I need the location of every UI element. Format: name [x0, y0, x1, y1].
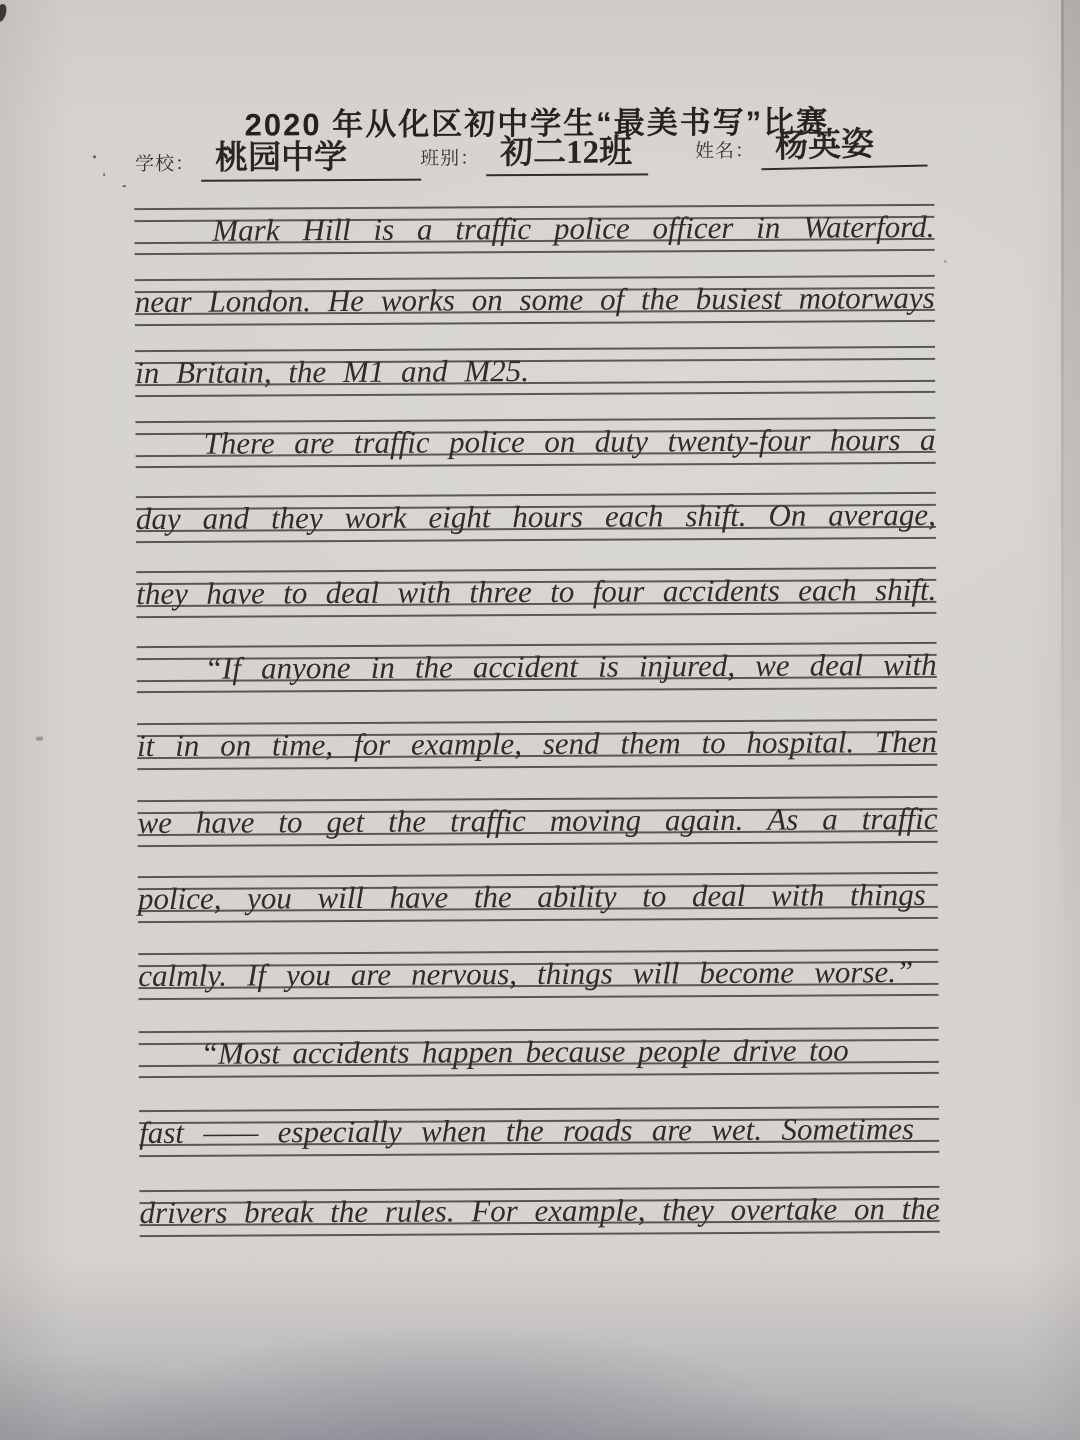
- handwritten-word: again.: [665, 795, 744, 845]
- handwritten-word: the: [388, 797, 426, 847]
- handwritten-word: with: [397, 567, 451, 617]
- handwritten-word: rules.: [385, 1186, 455, 1236]
- handwritten-word: have: [206, 568, 265, 618]
- handwritten-word: in: [371, 643, 395, 693]
- ink-speck: [36, 737, 43, 741]
- handwritten-word: For: [471, 1186, 518, 1236]
- handwritten-word: too: [809, 1025, 849, 1075]
- handwritten-word: Sometimes: [781, 1104, 914, 1155]
- handwritten-word: London.: [208, 276, 311, 327]
- ruled-row: MarkHillisatrafficpoliceofficerinWaterfo…: [134, 204, 934, 254]
- ruled-row: calmly.Ifyouarenervous,thingswillbecomew…: [138, 949, 938, 999]
- handwritten-word: Waterford.: [803, 202, 934, 253]
- school-field-label: 学校：: [135, 149, 195, 176]
- handwritten-word: police: [449, 417, 525, 467]
- handwritten-word: traffic: [354, 418, 430, 468]
- handwritten-word: on: [220, 721, 251, 771]
- handwritten-word: nervous,: [411, 949, 517, 1000]
- handwritten-word: busiest: [696, 274, 782, 324]
- handwritten-word: have: [390, 872, 449, 922]
- ink-speck: [93, 155, 96, 158]
- handwritten-word: “If: [205, 644, 241, 694]
- handwritten-line: in Britain, the M1 and M25.: [135, 344, 935, 398]
- handwritten-word: injured,: [639, 641, 735, 692]
- handwritten-word: we: [755, 641, 790, 691]
- ruled-row: itinontime,forexample,sendthemtohospital…: [137, 719, 937, 769]
- handwritten-word: moving: [550, 795, 642, 845]
- handwritten-word: accidents: [663, 566, 780, 617]
- handwritten-word: motorways: [799, 273, 935, 324]
- handwritten-line: itinontime,forexample,sendthemtohospital…: [137, 717, 937, 771]
- ruled-row: wehavetogetthetrafficmovingagain.Asatraf…: [137, 796, 937, 846]
- handwritten-word: accidents: [292, 1028, 409, 1079]
- class-field-label: 班别：: [420, 143, 480, 170]
- handwritten-word: shift.: [875, 565, 936, 615]
- handwritten-word: have: [196, 797, 255, 847]
- handwritten-word: drivers: [139, 1188, 227, 1238]
- handwritten-word: because: [525, 1027, 625, 1078]
- handwritten-word: in: [175, 721, 199, 771]
- handwritten-word: become: [699, 948, 794, 998]
- handwritten-word: the: [641, 274, 679, 324]
- handwritten-word: eight: [428, 492, 490, 542]
- handwritten-word: ability: [537, 872, 616, 922]
- handwritten-word: “Most: [201, 1028, 281, 1078]
- name-field: 姓名： 杨英姿: [695, 124, 927, 169]
- ruled-row: “Mostaccidentshappenbecausepeopledriveto…: [139, 1027, 939, 1077]
- handwritten-word: they: [271, 493, 323, 543]
- ruled-row: driversbreaktherules.Forexample,theyover…: [139, 1186, 939, 1236]
- handwritten-word: roads: [563, 1106, 633, 1156]
- handwritten-word: are: [294, 418, 334, 468]
- handwritten-word: the: [902, 1184, 940, 1234]
- handwritten-word: time,: [272, 720, 333, 770]
- handwritten-word: especially: [278, 1107, 402, 1158]
- handwritten-word: police: [554, 204, 630, 254]
- handwritten-line: “Mostaccidentshappenbecausepeopledriveto…: [139, 1025, 939, 1079]
- handwritten-word: some: [519, 275, 583, 325]
- class-field: 班别： 初二12班: [420, 131, 648, 176]
- handwritten-word: you: [286, 950, 331, 1000]
- handwritten-word: example,: [534, 1185, 645, 1236]
- handwritten-word: when: [421, 1106, 487, 1156]
- handwritten-word: Then: [875, 717, 937, 767]
- handwritten-line: nearLondon.Heworksonsomeofthebusiestmoto…: [135, 273, 935, 327]
- handwritten-word: is: [373, 205, 394, 255]
- handwritten-word: There: [203, 418, 274, 468]
- class-field-value: 初二12班: [486, 131, 648, 176]
- handwritten-line: Therearetrafficpoliceondutytwenty-fourho…: [135, 415, 935, 469]
- handwritten-word: officer: [652, 203, 733, 253]
- ruled-row: Therearetrafficpoliceondutytwenty-fourho…: [135, 417, 935, 467]
- handwritten-word: the: [330, 1187, 368, 1237]
- handwritten-word: we: [137, 798, 172, 848]
- handwritten-word: work: [344, 493, 406, 543]
- handwritten-word: and: [202, 494, 249, 544]
- handwritten-word: on: [854, 1184, 885, 1234]
- handwritten-word: in: [756, 203, 780, 253]
- handwritten-word: day: [136, 494, 181, 544]
- handwritten-word: calmly.: [138, 951, 227, 1001]
- ruled-row: dayandtheyworkeighthourseachshift.Onaver…: [136, 492, 936, 542]
- name-field-value: 杨英姿: [761, 123, 928, 171]
- handwritten-word: them: [620, 718, 681, 768]
- handwritten-word: ——: [203, 1107, 258, 1157]
- handwritten-word: the: [415, 642, 453, 692]
- handwritten-line: theyhavetodealwiththreetofouraccidentsea…: [136, 565, 936, 619]
- handwritten-word: twenty-four: [667, 416, 810, 467]
- handwritten-word: average,: [828, 490, 936, 541]
- handwritten-word: drive: [733, 1026, 797, 1076]
- handwritten-word: is: [598, 642, 619, 692]
- handwritten-word: they: [136, 569, 188, 619]
- handwritten-word: shift.: [685, 491, 746, 541]
- ruled-row: “Ifanyoneintheaccidentisinjured,wedealwi…: [137, 642, 937, 692]
- handwritten-word: to: [701, 718, 725, 768]
- school-field: 学校： 桃园中学: [135, 137, 421, 182]
- handwritten-word: with: [883, 640, 937, 690]
- handwritten-word: for: [354, 720, 390, 770]
- handwritten-word: to: [550, 567, 574, 617]
- photographed-handwriting-sheet: 2020 年从化区初中学生“最美书写”比赛 学校： 桃园中学 班别： 初二12班…: [0, 0, 1080, 1440]
- writing-area: MarkHillisatrafficpoliceofficerinWaterfo…: [0, 0, 1076, 3]
- handwritten-word: each: [798, 565, 857, 615]
- handwritten-word: things: [850, 870, 926, 920]
- handwritten-line: wehavetogetthetrafficmovingagain.Asatraf…: [137, 794, 937, 848]
- handwritten-word: are: [351, 950, 391, 1000]
- handwritten-word: are: [652, 1105, 692, 1155]
- handwritten-word: you: [247, 873, 292, 923]
- ink-speck: [944, 260, 947, 263]
- handwritten-word: four: [593, 566, 645, 616]
- handwritten-line: police,youwillhavetheabilitytodealwithth…: [138, 870, 938, 924]
- handwritten-word: each: [605, 491, 664, 541]
- handwritten-word: police,: [138, 874, 222, 924]
- handwritten-word: traffic: [455, 204, 531, 254]
- handwritten-word: traffic: [862, 794, 938, 844]
- handwritten-word: wet.: [711, 1105, 762, 1155]
- handwritten-word: to: [283, 568, 307, 618]
- handwritten-line: driversbreaktherules.Forexample,theyover…: [139, 1184, 939, 1238]
- handwritten-word: things: [537, 949, 613, 999]
- handwritten-word: on: [544, 417, 575, 467]
- handwritten-word: duty: [595, 416, 649, 466]
- handwritten-word: to: [642, 871, 666, 921]
- handwritten-word: with: [771, 871, 825, 921]
- handwritten-word: people: [638, 1026, 721, 1076]
- handwritten-line: “Ifanyoneintheaccidentisinjured,wedealwi…: [137, 640, 937, 694]
- handwritten-word: works: [381, 275, 455, 325]
- handwritten-line: calmly.Ifyouarenervous,thingswillbecomew…: [138, 947, 938, 1001]
- handwritten-word: Mark: [212, 205, 279, 255]
- ink-speck: [103, 173, 105, 176]
- paper-sheet: 2020 年从化区初中学生“最美书写”比赛 学校： 桃园中学 班别： 初二12班…: [0, 0, 1080, 1440]
- handwritten-word: it: [137, 721, 154, 771]
- handwritten-word: On: [768, 491, 806, 541]
- handwritten-word: deal: [692, 871, 746, 921]
- handwritten-word: a: [417, 205, 433, 255]
- handwritten-word: three: [469, 567, 532, 617]
- handwritten-word: of: [600, 275, 624, 325]
- handwritten-word: to: [278, 797, 302, 847]
- ink-speck: [122, 185, 126, 187]
- handwritten-word: If: [247, 950, 266, 1000]
- handwritten-word: send: [543, 719, 600, 769]
- school-field-value: 桃园中学: [201, 137, 421, 182]
- handwritten-word: anyone: [261, 643, 351, 693]
- ruled-row: in Britain, the M1 and M25.: [135, 346, 935, 396]
- handwritten-word: the: [474, 872, 512, 922]
- handwritten-word: get: [326, 797, 364, 847]
- handwritten-word: fast: [139, 1108, 184, 1158]
- handwritten-line: MarkHillisatrafficpoliceofficerinWaterfo…: [134, 202, 934, 256]
- ruled-row: fast——especiallywhentheroadsarewet.Somet…: [139, 1106, 939, 1156]
- handwritten-word: break: [244, 1187, 314, 1237]
- handwritten-word: on: [472, 275, 503, 325]
- handwritten-word: near: [135, 277, 192, 327]
- handwritten-word: As: [767, 795, 798, 845]
- ruled-row: theyhavetodealwiththreetofouraccidentsea…: [136, 567, 936, 617]
- handwritten-word: a: [822, 794, 838, 844]
- ruled-row: police,youwillhavetheabilitytodealwithth…: [138, 872, 938, 922]
- handwritten-word: accident: [473, 642, 578, 693]
- handwritten-word: overtake: [730, 1184, 837, 1235]
- ruled-row: nearLondon.Heworksonsomeofthebusiestmoto…: [135, 275, 935, 325]
- handwritten-word: a: [920, 415, 936, 465]
- handwritten-word: hours: [830, 415, 901, 465]
- handwritten-line: fast——especiallywhentheroadsarewet.Somet…: [139, 1104, 939, 1158]
- handwritten-word: happen: [422, 1027, 514, 1077]
- name-field-label: 姓名：: [695, 136, 755, 163]
- handwritten-word: example,: [411, 719, 522, 770]
- handwritten-line: dayandtheyworkeighthourseachshift.Onaver…: [136, 490, 936, 544]
- handwritten-word: He: [328, 276, 364, 326]
- handwritten-word: they: [662, 1185, 714, 1235]
- handwritten-word: traffic: [450, 796, 526, 846]
- handwritten-word: Hill: [302, 205, 350, 255]
- handwritten-word: the: [506, 1106, 544, 1156]
- handwritten-word: deal: [810, 640, 864, 690]
- handwritten-word: deal: [326, 568, 380, 618]
- handwritten-word: will: [633, 948, 680, 998]
- handwritten-word: hospital.: [746, 717, 854, 768]
- handwritten-word: hours: [512, 492, 583, 542]
- handwritten-word: worse.”: [814, 947, 913, 998]
- handwritten-word: will: [317, 873, 364, 923]
